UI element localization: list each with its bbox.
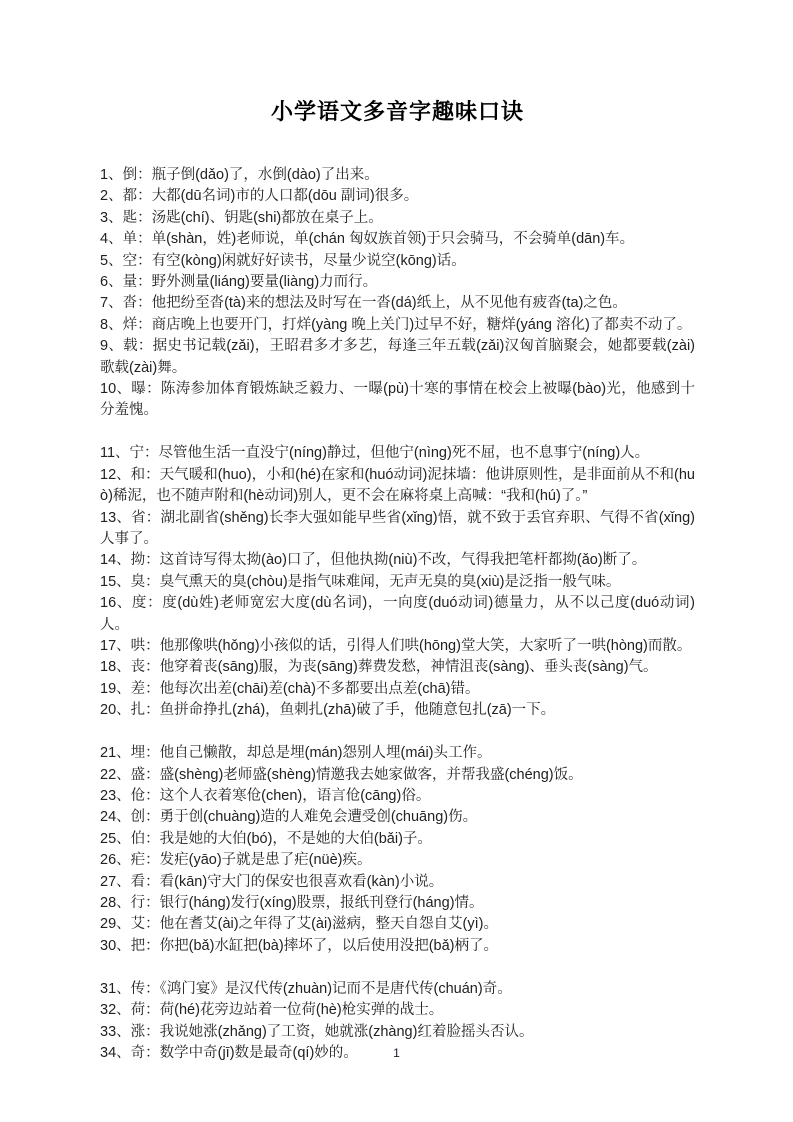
list-item: 32、荷：荷(hé)花旁边站着一位荷(hè)枪实弹的战士。 xyxy=(100,1000,695,1021)
list-item: 14、拗：这首诗写得太拗(ào)口了，但他执拗(niù)不改，气得我把笔杆都拗(… xyxy=(100,550,695,571)
list-item: 10、曝：陈涛参加体育锻炼缺乏毅力、一曝(pù)十寒的事情在校会上被曝(bào)… xyxy=(100,379,695,422)
list-item: 13、省：湖北副省(shěng)长李大强如能早些省(xǐng)悟，就不致于丢官弃… xyxy=(100,508,695,551)
list-item: 6、量：野外测量(liáng)要量(liàng)力而行。 xyxy=(100,272,695,293)
list-item: 25、伯：我是她的大伯(bó)，不是她的大伯(bǎi)子。 xyxy=(100,829,695,850)
list-item: 12、和：天气暖和(huo)，小和(hé)在家和(huó动词)泥抹墙：他讲原则性… xyxy=(100,465,695,508)
list-item: 29、艾：他在耆艾(ài)之年得了艾(ài)滋病，整天自怨自艾(yì)。 xyxy=(100,914,695,935)
document-title: 小学语文多音字趣味口诀 xyxy=(100,95,695,126)
list-item: 4、单：单(shàn，姓)老师说，单(chán 匈奴族首领)于只会骑马，不会骑单… xyxy=(100,229,695,250)
item-group-3: 21、埋：他自己懒散，却总是埋(mán)怨别人埋(mái)头工作。22、盛：盛(… xyxy=(100,743,695,957)
list-item: 8、烊：商店晚上也要开门，打烊(yàng 晚上关门)过早不好，糖烊(yáng 溶… xyxy=(100,315,695,336)
page-footer: 1 xyxy=(0,1044,793,1062)
list-item: 16、度：度(dù姓)老师宽宏大度(dù名词)，一向度(duó动词)德量力，从不… xyxy=(100,593,695,636)
page-number: 1 xyxy=(393,1046,400,1060)
list-item: 19、差：他每次出差(chāi)差(chà)不多都要出点差(chā)错。 xyxy=(100,679,695,700)
list-item: 3、匙：汤匙(chí)、钥匙(shi)都放在桌子上。 xyxy=(100,208,695,229)
item-group-1: 1、倒：瓶子倒(dǎo)了，水倒(dào)了出来。2、都：大都(dū名词)市的人… xyxy=(100,165,695,422)
list-item: 15、臭：臭气熏天的臭(chòu)是指气味难闻，无声无臭的臭(xiù)是泛指一般… xyxy=(100,572,695,593)
list-item: 18、丧：他穿着丧(sāng)服，为丧(sāng)葬费发愁，神情沮丧(sàng)… xyxy=(100,657,695,678)
list-item: 17、哄：他那像哄(hǒng)小孩似的话，引得人们哄(hōng)堂大笑，大家听了… xyxy=(100,636,695,657)
list-item: 31、传：《鸿门宴》是汉代传(zhuàn)记而不是唐代传(chuán)奇。 xyxy=(100,979,695,1000)
list-item: 33、涨：我说她涨(zhǎng)了工资，她就涨(zhàng)红着脸摇头否认。 xyxy=(100,1022,695,1043)
list-item: 28、行：银行(háng)发行(xíng)股票，报纸刊登行(háng)情。 xyxy=(100,893,695,914)
list-item: 22、盛：盛(shèng)老师盛(shèng)情邀我去她家做客，并帮我盛(ché… xyxy=(100,765,695,786)
list-item: 26、疟：发疟(yāo)子就是患了疟(nüè)疾。 xyxy=(100,850,695,871)
list-item: 23、伧：这个人衣着寒伧(chen)，语言伧(cāng)俗。 xyxy=(100,786,695,807)
list-item: 7、沓：他把纷至沓(tà)来的想法及时写在一沓(dá)纸上，从不见他有疲沓(ta… xyxy=(100,293,695,314)
list-item: 2、都：大都(dū名词)市的人口都(dōu 副词)很多。 xyxy=(100,186,695,207)
list-item: 11、宁：尽管他生活一直没宁(níng)静过，但他宁(nìng)死不屈，也不息事… xyxy=(100,443,695,464)
document-body: 1、倒：瓶子倒(dǎo)了，水倒(dào)了出来。2、都：大都(dū名词)市的人… xyxy=(100,165,695,1064)
list-item: 27、看：看(kān)守大门的保安也很喜欢看(kàn)小说。 xyxy=(100,872,695,893)
list-item: 9、载：据史书记载(zǎi)，王昭君多才多艺，每逢三年五载(zǎi)汉匈首脑聚会… xyxy=(100,336,695,379)
list-item: 5、空：有空(kòng)闲就好好读书，尽量少说空(kōng)话。 xyxy=(100,251,695,272)
list-item: 20、扎：鱼拼命挣扎(zhá)，鱼刺扎(zhā)破了手，他随意包扎(zā)一下。 xyxy=(100,700,695,721)
list-item: 21、埋：他自己懒散，却总是埋(mán)怨别人埋(mái)头工作。 xyxy=(100,743,695,764)
list-item: 30、把：你把(bǎ)水缸把(bà)摔坏了，以后使用没把(bǎ)柄了。 xyxy=(100,936,695,957)
list-item: 24、创：勇于创(chuàng)造的人难免会遭受创(chuāng)伤。 xyxy=(100,807,695,828)
list-item: 1、倒：瓶子倒(dǎo)了，水倒(dào)了出来。 xyxy=(100,165,695,186)
document-page: 小学语文多音字趣味口诀 1、倒：瓶子倒(dǎo)了，水倒(dào)了出来。2、都… xyxy=(0,0,793,1122)
item-group-2: 11、宁：尽管他生活一直没宁(níng)静过，但他宁(nìng)死不屈，也不息事… xyxy=(100,443,695,721)
